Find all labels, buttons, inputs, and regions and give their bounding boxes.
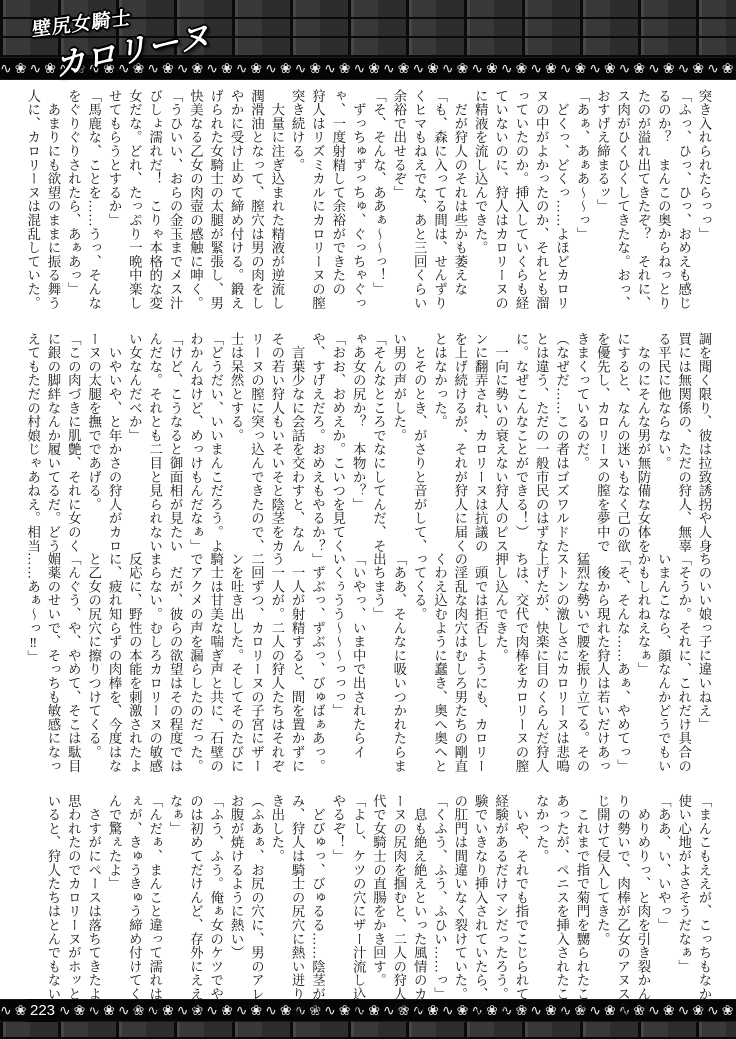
text-line: せてもらうとするか」 (104, 89, 124, 320)
text-line: 代で女騎士の直腸をかき回す。 (368, 794, 388, 1025)
text-line: ていないのに、狩人はカロリーヌの中 (490, 89, 510, 320)
text-line: 「も、森に入ってる間は、せんずりこ (429, 89, 449, 320)
text-line: を優先し、カロリーヌの膣を夢中で突 (592, 332, 612, 563)
text-line: とはなかった。 (429, 332, 449, 563)
text-line: 「よし、ケツの穴にザー汁流し込んで (348, 794, 368, 1025)
text-line: に。なぜこんなことができる！） (511, 332, 531, 563)
text-line: に銀の脚絆なんか履いてるだ。どう考 (43, 332, 63, 563)
text-line: これまで指で菊門を嬲られたことは (572, 794, 592, 1025)
text-line: とそのとき、がさりと音がして、若 (409, 332, 429, 563)
text-line: んだな。それとも二目と見られない醜 (144, 332, 164, 563)
text-line: 一人が射精すると、間を置かずにも (287, 552, 307, 783)
text-line: きまくっているのだ。 (572, 332, 592, 563)
text-line: ストンの激しさにカロリーヌは悲鳴を (551, 552, 571, 783)
text-line: なぁ」 (165, 794, 185, 1025)
text-line: 余裕で出せるぞ」 (389, 89, 409, 320)
text-line: 後から現れた狩人は若いだけあって、 (592, 552, 612, 783)
text-line: おすげえ締まるッ」 (592, 89, 612, 320)
text-line: にすると、なんの迷いもなく己の欲望 (612, 332, 632, 563)
text-line: ゃ、一度射精して余裕ができたのか、 (327, 89, 347, 320)
text-line: ーヌの太腿を撫でであげる。 (83, 332, 103, 563)
text-line: とは違う、ただの一般市民のはずなの (531, 332, 551, 563)
text-line: ーヌの尻肉を掴むと、二人の狩人は交 (389, 794, 409, 1025)
text-line: み、狩人は騎士の尻穴に熱い迸りを吐 (287, 794, 307, 1025)
text-line: かもしれねえなぁ」 (633, 552, 653, 783)
text-line: 思われたのでカロリーヌがホッとして (63, 794, 83, 1025)
text-line: たのが溢れ出てきたぞ？ それに、メ (633, 89, 653, 320)
text-line: 「そうか。それに、これだけ具合のい (673, 552, 693, 783)
text-line: 狩人はリズミカルにカロリーヌの膣を (307, 89, 327, 320)
text-line: ス肉がひくひくしてきたな。おっ、お (612, 89, 632, 320)
text-line: お腹が焼けるように熱い） (226, 794, 246, 1025)
text-line: 経験があるだけマシだったろう。未経 (490, 794, 510, 1025)
scanned-novel-page: { "page_number": "223", "logo": { "title… (0, 0, 736, 1039)
text-line: 使い心地がよさそうだなぁ」 (673, 794, 693, 1025)
text-line: びしょ濡れだ！ こりゃ本格的な変態 (144, 89, 164, 320)
text-line: い女なんだべか」 (124, 332, 144, 563)
text-line: ……あぁ～っ‼」 (22, 552, 42, 783)
text-line: なのにそんな男が無防備な女体を前 (633, 332, 653, 563)
text-line: その若い狩人もいそいそと陰茎をカロ (266, 332, 286, 563)
text-line: 買には無関係の、ただの狩人、無辜な (673, 332, 693, 563)
text-line: めりめりっ、と肉を引き裂かんばか (633, 794, 653, 1025)
text-line: う一人が。二人の狩人たちはそれぞれ (266, 552, 286, 783)
text-line: くヒマもねえでな、あと三回くらいは (409, 89, 429, 320)
text-line: 「馬鹿な、ことを……うっ、そんな奥 (83, 89, 103, 320)
text-line: （なぜだ……この者はゴズワルドたち (551, 332, 571, 563)
text-line: 「この肉づきに肌艶、それに女のくせ (63, 332, 83, 563)
text-line: 士は呆然とする。 (226, 332, 246, 563)
text-line: じ開けて侵入してきた。 (592, 794, 612, 1025)
text-band-3: ちのいい娘っ子に違いねえ」「そうか。それに、これだけ具合のいいまんこなら、顔なん… (22, 552, 714, 783)
text-line: 「いやっ、いま中で出されたらイク、 (348, 552, 368, 783)
text-line: いくぅうう～～～っっっ」 (327, 552, 347, 783)
text-line: どびゅっ、びゅるる……陰茎が膨ら (307, 794, 327, 1025)
text-line: 「そ、そんな……あぁ、やめてっ」 (612, 552, 632, 783)
text-line: 快美なる乙女の肉壺の感触に呻く。 (185, 89, 205, 320)
text-line: 験でいきなり挿入されていたら、乙女 (470, 794, 490, 1025)
text-line: い男の声がした。 (389, 332, 409, 563)
text-line: 「おお、おめえか。こいつを見てくれ (327, 332, 347, 563)
text-line: の淫乱な肉穴はむしろ男たちの剛直を (450, 552, 470, 783)
text-line: 「ああ、そんなに吸いつかれたらまた (389, 552, 409, 783)
text-line: 女だな。どれ、たっぷり一晩中楽しま (124, 89, 144, 320)
text-line: き出した。 (266, 794, 286, 1025)
text-line: 「ふう、ふう。俺ぁ女のケツでやった (205, 794, 225, 1025)
page-number: 223 (26, 999, 59, 1022)
text-line: ぇが、きゅうきゅう締め付けてくるも (124, 794, 144, 1025)
text-line: のは初めてだけんど、存外にええもん (185, 794, 205, 1025)
text-line: に精液を流し込んできた。 (470, 89, 490, 320)
text-line: 猛烈な勢いで腰を振り立てる。そのピ (572, 552, 592, 783)
text-line: ってくる。 (409, 552, 429, 783)
text-line: 出ちまう」 (368, 552, 388, 783)
text-line: ンに翻弄され、カロリーヌは抗議の声 (470, 332, 490, 563)
text-line: 一向に勢いの衰えない狩人のピスト (490, 332, 510, 563)
text-line: んで驚ぇたよ」 (104, 794, 124, 1025)
text-line: やかに受け止めて締め付ける。鍛え上 (226, 89, 246, 320)
text-line: あったが、ペニスを挿入されたことは (551, 794, 571, 1025)
text-line: いると、狩人たちはとんでもないこと (43, 794, 63, 1025)
text-line: 媚薬のせいで、そっちも敏感になって (43, 552, 63, 783)
text-line: 「あぁ、あぁあ～～っ」 (572, 89, 592, 320)
text-band-1: 突き入れられたらっっ」「ふっ、ひっ、ひっ、おめえも感じてるのか？ まんこの奥から… (22, 89, 714, 320)
text-line: ンを吐き出した。そしてそのたびに女 (226, 552, 246, 783)
text-line: だが狩人のそれは些かも萎えない。 (450, 89, 470, 320)
text-line: ずっちゅずっちゅ、ぐっちゃぐっち (348, 89, 368, 320)
text-line: 「どうだい、いいまんこだろう。よく (205, 332, 225, 563)
text-line: あまりにも欲望のままに振る舞う狩 (43, 89, 63, 320)
text-line: と乙女の尻穴に擦りつけてくる。 (83, 552, 103, 783)
text-line: るのか？ まんこの奥からねっとりし (653, 89, 673, 320)
text-line: 息も絶え絶えといった風情のカロリ (409, 794, 429, 1025)
text-line: だが、彼らの欲望はその程度では収 (165, 552, 185, 783)
text-line: 言葉少なに会話を交わすと、なんと (287, 332, 307, 563)
text-line: くわえ込むように蠢き、奥へ奥へと誘 (429, 552, 449, 783)
text-line: 「ああ、い、いやっ」 (653, 794, 673, 1025)
text-line: や、すげえだろ。おめえもやるか？」 (307, 332, 327, 563)
text-line: っていたのか。挿入していくらも経っ (511, 89, 531, 320)
text-line: を上げ続けるが、それが狩人に届くこ (450, 332, 470, 563)
text-line: （ふあぁ、お尻の穴に、男のアレが…… (246, 794, 266, 1025)
text-line: 突き続ける。 (287, 89, 307, 320)
text-line: ちは、交代で肉棒をカロリーヌの膣に (511, 552, 531, 783)
text-line: どくっ、どくっ……よほどカロリー (551, 89, 571, 320)
text-line: でアクメの声を漏らしたのだった。 (185, 552, 205, 783)
text-line: る平民に他ならない。 (653, 332, 673, 563)
text-line: やるぞ！」 (327, 794, 347, 1025)
text-line: 騎士は甘美な喘ぎ声と共に、石壁の中 (205, 552, 225, 783)
text-line: 二回ずつ、カロリーヌの子宮にザーメ (246, 552, 266, 783)
text-line: ちのいい娘っ子に違いねえ」 (694, 552, 714, 783)
text-line: えてもただの村娘じゃあねえ。相当育 (22, 332, 42, 563)
text-line: 大量に注ぎ込まれた精液が逆流して (266, 89, 286, 320)
text-line: 「んだぁ、まんこと違って濡れは少ね (144, 794, 164, 1025)
text-band-2: 調を聞く限り、彼は拉致誘拐や人身売買には無関係の、ただの狩人、無辜なる平民に他な… (22, 332, 714, 563)
text-line: 「くふう、ふう、ふひい……っ」 (429, 794, 449, 1025)
text-line: 押し込んできた。 (490, 552, 510, 783)
text-line: 「けど、こうなると御面相が見たいも (165, 332, 185, 563)
text-line: ゃあ女の尻か？ 本物か？」 (348, 332, 368, 563)
text-line: 潤滑油となって、膣穴は男の肉をしな (246, 89, 266, 320)
text-line: 「まんこもええが、こっちもなかなか (694, 794, 714, 1025)
text-line: ずぶっ、ずぶっ、びゅばぁあっ。 (307, 552, 327, 783)
text-line: リーヌの膣に突っ込んできたので、騎 (246, 332, 266, 563)
text-line: 「そ、そんな、ああぁ～～っ！」 (368, 89, 388, 320)
text-line: 上げたが、快楽に目のくらんだ狩人た (531, 552, 551, 783)
text-line: さすがにペースは落ちてきたように (83, 794, 103, 1025)
text-line: 「うひいい、おらの金玉までメス汁で (165, 89, 185, 320)
text-line: いまんこなら、顔なんかどうでもいい (653, 552, 673, 783)
text-band-4: 「まんこもええが、こっちもなかなか使い心地がよさそうだなぁ」「ああ、い、いやっ」… (22, 794, 714, 1025)
text-line: 突き入れられたらっっ」 (694, 89, 714, 320)
text-line: なかった。 (531, 794, 551, 1025)
text-line: 調を聞く限り、彼は拉致誘拐や人身売 (694, 332, 714, 563)
text-line: りの勢いで、肉棒が乙女のアヌスをこ (612, 794, 632, 1025)
text-line: いや、それでも指でこじられていた (511, 794, 531, 1025)
text-line: いやいや、と年かさの狩人がカロリ (104, 332, 124, 563)
text-line: 「ふっ、ひっ、ひっ、おめえも感じて (673, 89, 693, 320)
text-line: 頭では拒否しようにも、カロリーヌ (470, 552, 490, 783)
text-line: をぐりぐりされたら、あぁあっ」 (63, 89, 83, 320)
text-line: まらない。むしろカロリーヌの敏感な (144, 552, 164, 783)
text-line: わかんねけど、めっけもんだなぁ」 (185, 332, 205, 563)
text-line: げられた女騎士の太腿が緊張し、男は (205, 89, 225, 320)
text-line: ヌの中がよかったのか、それとも溜ま (531, 89, 551, 320)
text-line: の肛門は間違いなく裂けていた。 (450, 794, 470, 1025)
text-line: に、疲れ知らずの肉棒を、今度はなん (104, 552, 124, 783)
text-line: 「そんなところでなにしてんだ、そり (368, 332, 388, 563)
text-line: 「んぐう、や、やめて、そこは駄目だ、 (63, 552, 83, 783)
text-line: 反応に、野性の本能を刺激されたよう (124, 552, 144, 783)
text-line: 人に、カロリーヌは混乱していた。口 (22, 89, 42, 320)
